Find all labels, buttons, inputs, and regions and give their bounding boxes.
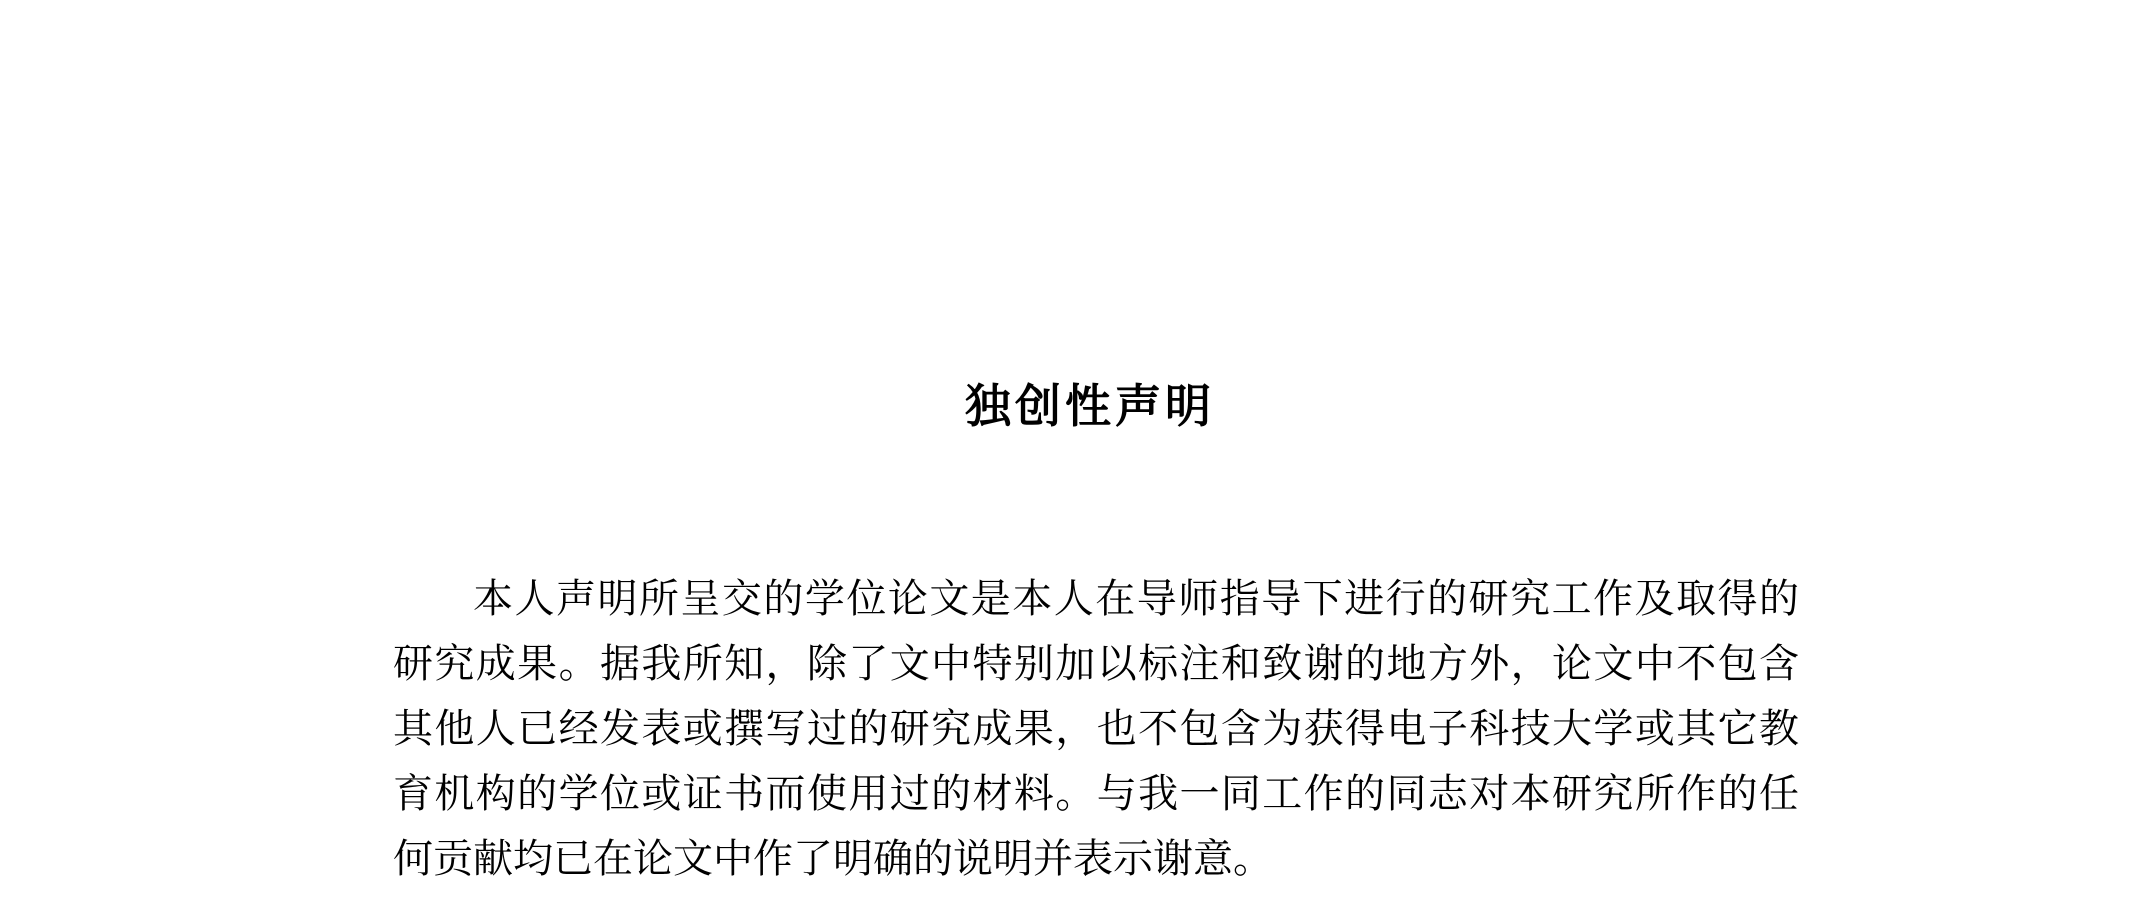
paragraph-line: 其他人已经发表或撰写过的研究成果，也不包含为获得电子科技大学或其它教 [393, 697, 1799, 762]
page-title: 独创性声明 [0, 376, 2150, 436]
declaration-paragraph: 本人声明所呈交的学位论文是本人在导师指导下进行的研究工作及取得的 研究成果。据我… [393, 567, 1799, 892]
paragraph-line: 本人声明所呈交的学位论文是本人在导师指导下进行的研究工作及取得的 [393, 567, 1799, 632]
paragraph-line: 研究成果。据我所知，除了文中特别加以标注和致谢的地方外，论文中不包含 [393, 632, 1799, 697]
paragraph-line: 育机构的学位或证书而使用过的材料。与我一同工作的同志对本研究所作的任 [393, 762, 1799, 827]
document-page: 独创性声明 本人声明所呈交的学位论文是本人在导师指导下进行的研究工作及取得的 研… [0, 0, 2150, 900]
paragraph-line: 何贡献均已在论文中作了明确的说明并表示谢意。 [393, 827, 1799, 892]
